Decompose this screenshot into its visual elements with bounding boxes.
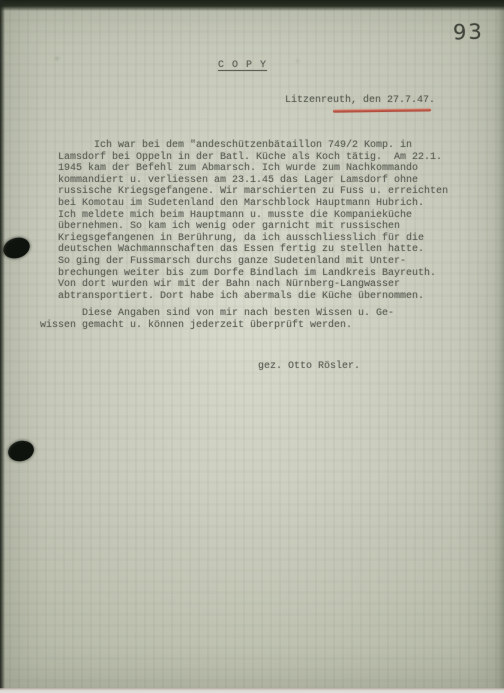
- typewritten-line: brechungen weiter bis zum Dorfe Bindlach…: [58, 268, 478, 280]
- typewritten-line: übernehmen. So kam ich wenig oder garnic…: [58, 221, 478, 233]
- paper-smudge: [55, 57, 59, 60]
- typewritten-line: Lamsdorf bei Oppeln in der Batl. Küche a…: [58, 152, 478, 164]
- typewritten-line: So ging der Fussmarsch durchs ganze Sude…: [58, 256, 478, 268]
- signature-line: gez. Otto Rösler.: [258, 361, 360, 372]
- body-paragraph-1: Ich war bei dem "andeschützenbätaillon 7…: [58, 140, 478, 302]
- scan-edge-bottom: [0, 688, 504, 693]
- typewritten-line: 1945 kam der Befehl zum Abmarsch. Ich wu…: [58, 163, 478, 175]
- typewritten-line: wissen gemacht u. können jederzeit überp…: [40, 320, 460, 332]
- scan-edge-left: [0, 0, 5, 693]
- typewritten-line: Ich war bei dem "andeschützenbätaillon 7…: [58, 140, 478, 152]
- typewritten-line: kommandiert u. verliessen am 23.1.45 das…: [58, 175, 478, 187]
- scan-edge-top: [0, 0, 504, 11]
- typewritten-line: bei Komotau im Sudetenland den Marschblo…: [58, 198, 478, 210]
- dateline: Litzenreuth, den 27.7.47.: [285, 95, 435, 106]
- typewritten-line: Kriegsgefangenen in Berührung, da ich au…: [58, 233, 478, 245]
- page-number: 93: [453, 19, 485, 44]
- typewritten-line: russische Kriegsgefangene. Wir marschier…: [58, 186, 478, 198]
- typewritten-line: Von dort wurden wir mit der Bahn nach Nü…: [58, 279, 478, 291]
- typewritten-line: Diese Angaben sind von mir nach besten W…: [40, 308, 460, 320]
- typewritten-line: abtransportiert. Dort habe ich abermals …: [58, 291, 478, 303]
- body-paragraph-2: Diese Angaben sind von mir nach besten W…: [40, 308, 460, 331]
- typewritten-line: deutschen Wachmannschaften das Essen fer…: [58, 244, 478, 256]
- paper-smudge: [296, 60, 299, 62]
- copy-heading: C O P Y: [218, 60, 267, 71]
- typewritten-line: Ich meldete mich beim Hauptmann u. musst…: [58, 210, 478, 222]
